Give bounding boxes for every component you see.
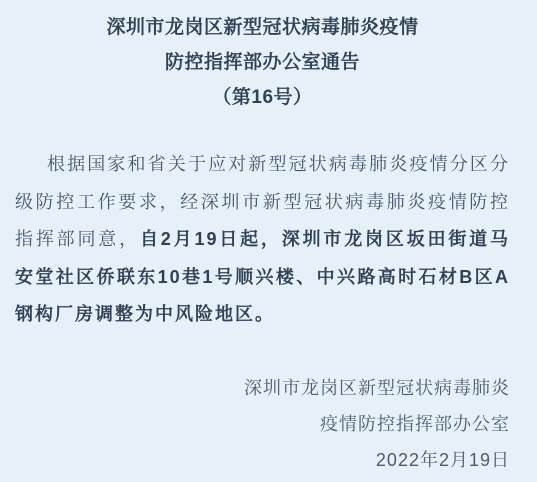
notice-title: 深圳市龙岗区新型冠状病毒肺炎疫情 防控指挥部办公室通告 （第16号） [15,10,510,115]
notice-body-paragraph: 根据国家和省关于应对新型冠状病毒肺炎疫情分区分级防控工作要求，经深圳市新型冠状病… [15,146,510,334]
signature-line-1: 深圳市龙岗区新型冠状病毒肺炎 [15,370,510,406]
notice-signature: 深圳市龙岗区新型冠状病毒肺炎 疫情防控指挥部办公室 2022年2月19日 [15,370,510,478]
signature-line-2: 疫情防控指挥部办公室 [15,406,510,442]
notice-date: 2022年2月19日 [15,442,510,478]
notice-title-line-1: 深圳市龙岗区新型冠状病毒肺炎疫情 [15,10,510,45]
notice-title-line-2: 防控指挥部办公室通告 [15,45,510,80]
notice-document: 深圳市龙岗区新型冠状病毒肺炎疫情 防控指挥部办公室通告 （第16号） 根据国家和… [0,0,537,482]
notice-number: （第16号） [15,80,510,115]
